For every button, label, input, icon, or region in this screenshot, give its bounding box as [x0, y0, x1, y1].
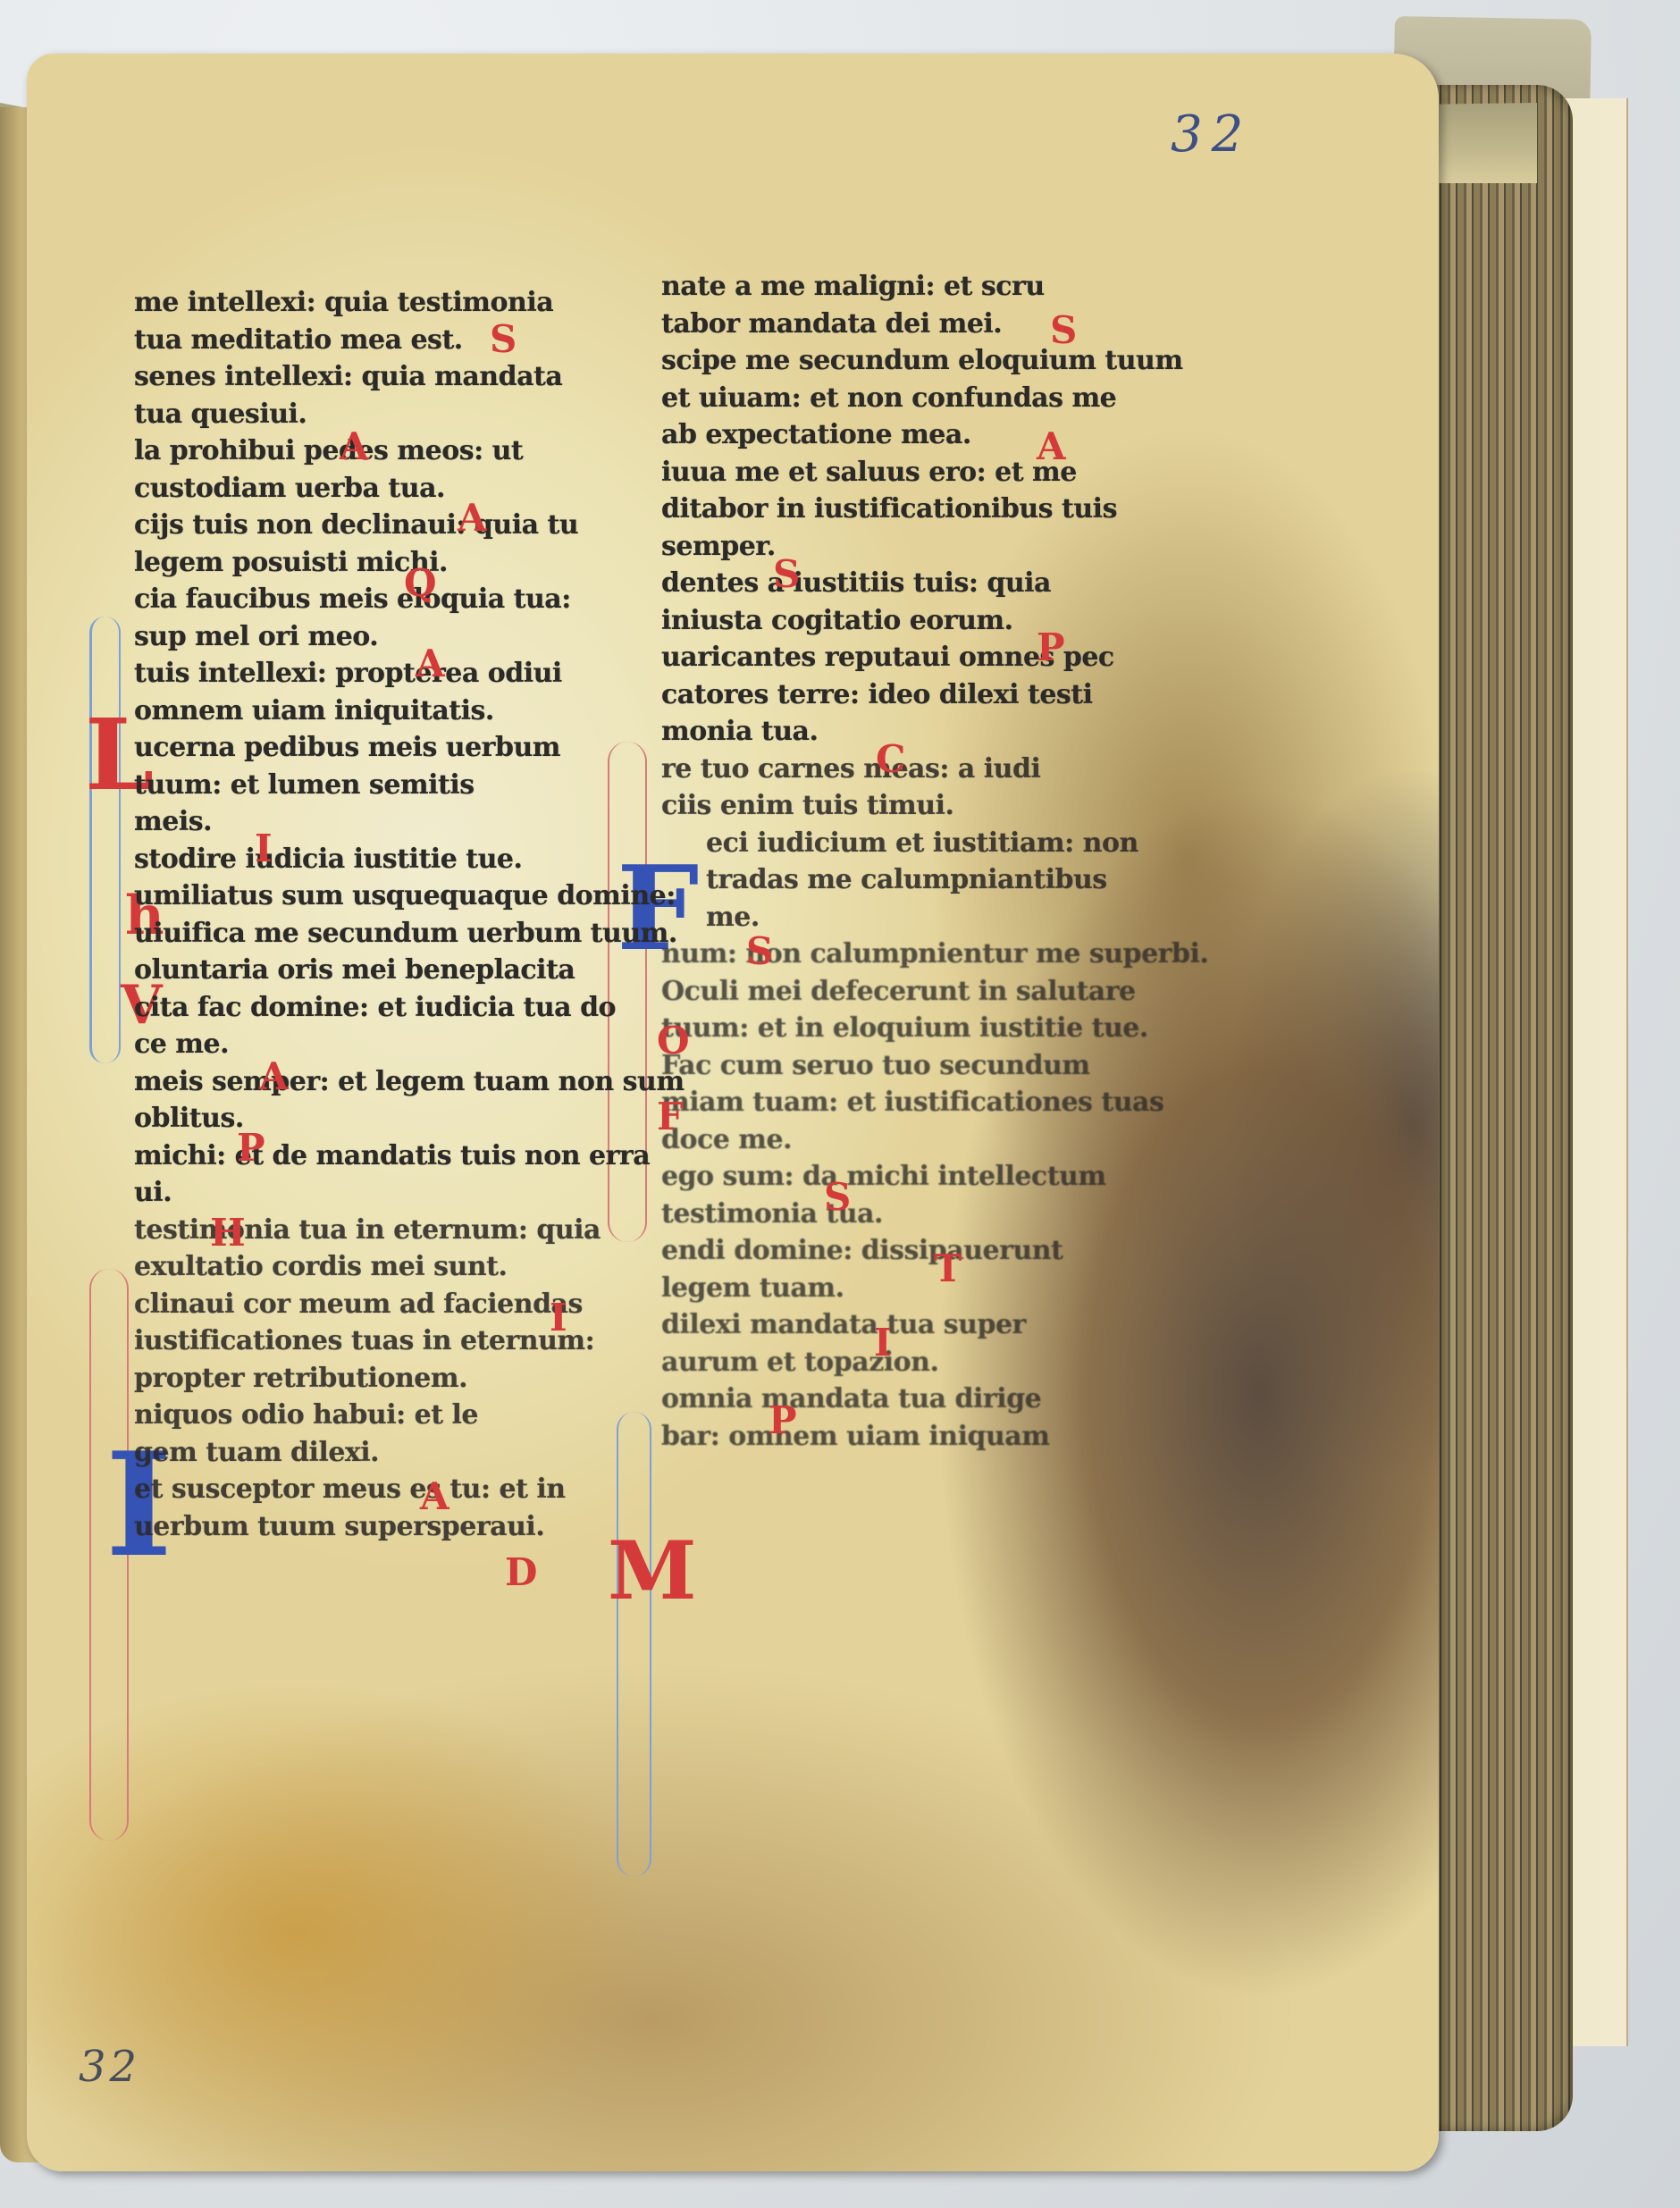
text-line: omnem uiam iniquitatis.	[134, 693, 599, 730]
folio-number-top: 32	[1171, 105, 1252, 164]
rubric-initial: I	[874, 1321, 892, 1364]
text-line: cia faucibus meis eloquia tua:	[134, 581, 599, 618]
text-line: eci iudicium et iustitiam: non	[661, 825, 1144, 862]
text-line: iuua me et saluus ero: et me	[661, 454, 1144, 491]
text-line: ucerna pedibus meis uerbum	[134, 729, 599, 767]
text-line: iustificationes tuas in eternum:	[134, 1322, 599, 1360]
rubric-initial: P	[1037, 625, 1065, 669]
text-line: testimonia tua.	[661, 1196, 1144, 1233]
text-line: exultatio cordis mei sunt.	[134, 1248, 599, 1286]
text-line: doce me.	[661, 1121, 1144, 1159]
text-line: tua meditatio mea est.	[134, 322, 599, 359]
text-line: aurum et topazion.	[661, 1344, 1144, 1381]
initial-M-red: M	[608, 1524, 697, 1618]
text-line: legem tuam.	[661, 1270, 1144, 1307]
text-line: ciis enim tuis timui.	[661, 787, 1144, 825]
blue-pen-flourish-left	[89, 617, 121, 1063]
rubric-initial: S	[1050, 308, 1077, 352]
rubric-initial: S	[773, 552, 800, 596]
rubric-initial: Q	[404, 561, 437, 605]
text-line: sup mel ori meo.	[134, 618, 599, 656]
text-line: legem posuisti michi.	[134, 544, 599, 582]
rubric-initial: P	[769, 1398, 797, 1442]
text-line: cita fac domine: et iudicia tua do	[134, 989, 599, 1027]
text-line: oluntaria oris mei beneplacita	[134, 952, 599, 989]
text-line: omnia mandata tua dirige	[661, 1381, 1144, 1418]
rubric-initial: A	[416, 642, 445, 685]
text-line: miam tuam: et iustificationes tuas	[661, 1084, 1144, 1121]
text-line: dilexi mandata tua super	[661, 1306, 1144, 1344]
rubric-initial: O	[657, 1019, 690, 1062]
text-line: ce me.	[134, 1026, 599, 1063]
rubric-initial: A	[458, 496, 487, 540]
text-line: oblitus.	[134, 1100, 599, 1138]
text-line: niquos odio habui: et le	[134, 1397, 599, 1434]
rubric-initial: D	[505, 1550, 537, 1594]
text-line: et uiuam: et non confundas me	[661, 380, 1144, 417]
text-line: cijs tuis non declinaui: quia tu	[134, 507, 599, 544]
text-line: senes intellexi: quia mandata	[134, 358, 599, 396]
text-line: catores terre: ideo dilexi testi	[661, 676, 1144, 714]
folio-number-bottom: 32	[79, 2042, 140, 2092]
rubric-initial: A	[1037, 424, 1066, 468]
text-line: Fac cum seruo tuo secundum	[661, 1047, 1144, 1085]
text-line: testimonia tua in eternum: quia	[134, 1212, 599, 1249]
text-line: ui.	[134, 1174, 599, 1212]
rubric-initial: A	[259, 1054, 289, 1098]
rubric-initial: A	[340, 424, 369, 468]
text-line: me intellexi: quia testimonia	[134, 284, 599, 322]
rubric-initial: C	[876, 737, 905, 781]
blue-pen-flourish-right	[617, 1412, 651, 1876]
text-line: ditabor in iustificationibus tuis	[661, 491, 1144, 528]
rubric-initial: S	[746, 929, 773, 973]
text-line: dentes a iustitiis tuis: quia	[661, 565, 1144, 602]
text-line: gem tuam dilexi.	[134, 1434, 599, 1472]
text-line: iniusta cogitatio eorum.	[661, 602, 1144, 640]
text-line: clinaui cor meum ad faciendas	[134, 1286, 599, 1323]
text-line: stodire iudicia iustitie tue.	[134, 841, 599, 878]
text-line: num: non calumpnientur me superbi.	[661, 936, 1144, 973]
text-line: uaricantes reputaui omnes pec	[661, 639, 1144, 676]
rubric-initial: H	[210, 1211, 246, 1255]
text-line: endi domine: dissipauerunt	[661, 1232, 1144, 1270]
text-line: meis.	[134, 803, 599, 841]
text-line: tuum: et in eloquium iustitie tue.	[661, 1010, 1144, 1047]
text-column-left: me intellexi: quia testimonia tua medita…	[134, 284, 599, 1545]
text-line: tradas me calumpniantibus	[661, 861, 1144, 899]
text-line: me.	[661, 899, 1144, 936]
text-line: bar: omnem uiam iniquam	[661, 1418, 1144, 1456]
text-line: ego sum: da michi intellectum	[661, 1158, 1144, 1196]
text-line: umiliatus sum usquequaque domine:	[134, 877, 599, 915]
rubric-initial: S	[824, 1175, 851, 1219]
rubric-initial: P	[237, 1126, 265, 1170]
text-line: tuum: et lumen semitis	[134, 767, 599, 804]
text-line: uiuifica me secundum uerbum tuum.	[134, 915, 599, 953]
text-line: ab expectatione mea.	[661, 416, 1144, 454]
rubric-initial: S	[490, 317, 517, 361]
rubric-initial: I	[255, 827, 273, 870]
text-line: michi: et de mandatis tuis non erra	[134, 1138, 599, 1175]
text-column-right: nate a me maligni: et scru tabor mandata…	[661, 268, 1144, 1455]
text-line: meis semper: et legem tuam non sum	[134, 1063, 599, 1101]
rubric-initial: I	[550, 1296, 567, 1339]
text-line: semper.	[661, 528, 1144, 566]
text-line: Oculi mei defecerunt in salutare	[661, 973, 1144, 1011]
text-line: et susceptor meus es tu: et in	[134, 1471, 599, 1508]
rubric-initial: A	[420, 1474, 449, 1518]
text-line: nate a me maligni: et scru	[661, 268, 1144, 306]
text-line: propter retributionem.	[134, 1360, 599, 1398]
text-line: custodiam uerba tua.	[134, 470, 599, 508]
text-line: uerbum tuum supersperaui.	[134, 1508, 599, 1546]
rubric-initial: F	[657, 1095, 684, 1138]
rubric-initial: T	[934, 1247, 962, 1290]
text-line: tuis intellexi: propterea odiui	[134, 655, 599, 693]
